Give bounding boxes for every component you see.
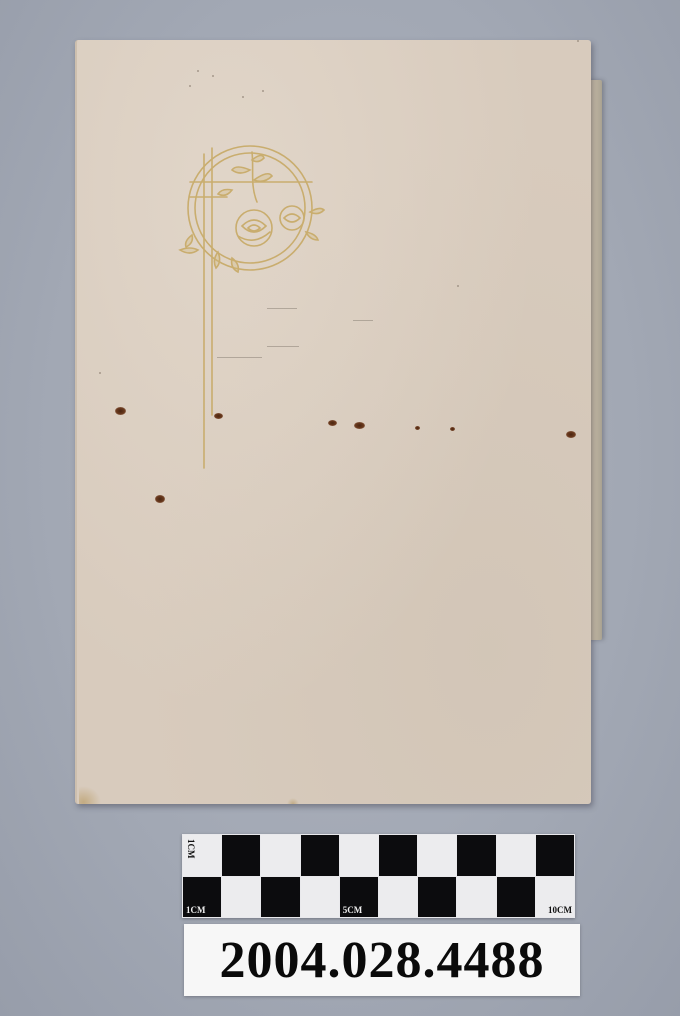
faint-mark — [353, 320, 373, 321]
ruler-label-rotated: 1CM — [186, 839, 196, 859]
stain-spot — [115, 407, 126, 415]
faint-mark — [217, 357, 262, 358]
stain-spot — [566, 431, 576, 438]
ruler-cell: 1CM — [183, 877, 221, 918]
faint-mark — [267, 346, 299, 347]
stain-spot — [450, 427, 455, 431]
accession-number: 2004.028.4488 — [220, 931, 545, 990]
stain-spot — [328, 420, 337, 426]
speck — [262, 90, 264, 92]
ruler-cell — [379, 835, 417, 876]
speck — [242, 96, 244, 98]
ruler-cell — [418, 877, 456, 918]
card-cover — [75, 40, 591, 804]
ruler-label-10cm: 10CM — [548, 905, 572, 915]
ruler-cell — [301, 835, 339, 876]
edge-wear — [287, 798, 299, 804]
ruler-cell — [261, 835, 299, 876]
corner-wear — [79, 786, 101, 804]
speck — [99, 372, 101, 374]
ruler-cell — [379, 877, 417, 918]
ruler-cell — [340, 835, 378, 876]
ruler-cell — [457, 835, 495, 876]
ruler-label-1cm: 1CM — [186, 905, 206, 915]
ruler-cell — [261, 877, 299, 918]
stain-spot — [415, 426, 420, 430]
floral-emblem-icon — [172, 140, 332, 475]
scale-ruler: 1CM 1CM 5CM 10CM — [182, 834, 575, 918]
ruler-cell — [222, 835, 260, 876]
stain-spot — [354, 422, 365, 429]
ruler-cell — [497, 877, 535, 918]
ruler-cell: 5CM — [340, 877, 378, 918]
ruler-label-5cm: 5CM — [343, 905, 363, 915]
ruler-cell — [497, 835, 535, 876]
speck — [457, 285, 459, 287]
ruler-cell — [536, 835, 574, 876]
ruler-cell: 1CM — [183, 835, 221, 876]
speck — [197, 70, 199, 72]
ruler-cell — [222, 877, 260, 918]
ruler-cell — [301, 877, 339, 918]
speck — [577, 40, 579, 42]
faint-mark — [267, 308, 297, 309]
stain-spot — [214, 413, 223, 419]
ruler-cell: 10CM — [536, 877, 574, 918]
stain-spot — [155, 495, 165, 503]
ruler-cell — [418, 835, 456, 876]
speck — [212, 75, 214, 77]
accession-number-label: 2004.028.4488 — [184, 924, 580, 996]
ruler-cell — [457, 877, 495, 918]
speck — [189, 85, 191, 87]
